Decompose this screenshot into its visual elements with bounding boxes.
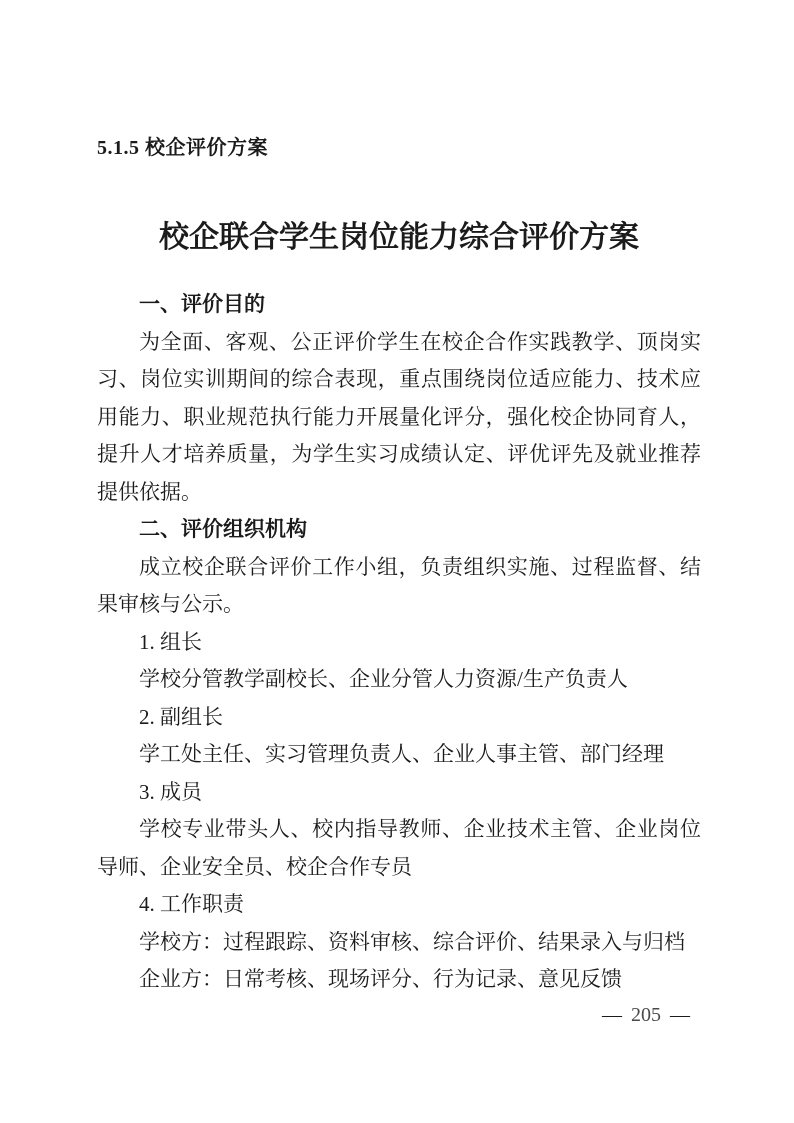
section-heading-purpose: 一、评价目的	[97, 286, 701, 324]
item-deputy-leader-members: 学工处主任、实习管理负责人、企业人事主管、部门经理	[97, 736, 701, 774]
footer-dash-left: —	[602, 1004, 622, 1026]
document-title: 校企联合学生岗位能力综合评价方案	[97, 218, 701, 258]
footer-dash-right: —	[670, 1004, 690, 1026]
section-heading-organization: 二、评价组织机构	[97, 511, 701, 549]
para-org-intro: 成立校企联合评价工作小组，负责组织实施、过程监督、结果审核与公示。	[97, 549, 701, 624]
section-number-heading: 5.1.5 校企评价方案	[97, 135, 701, 161]
item-members-label: 3. 成员	[97, 774, 701, 812]
document-page: 5.1.5 校企评价方案 校企联合学生岗位能力综合评价方案 一、评价目的 为全面…	[0, 0, 794, 1123]
item-duties-enterprise: 企业方：日常考核、现场评分、行为记录、意见反馈	[97, 961, 701, 999]
page-number: 205	[631, 1004, 661, 1026]
page-footer: —205—	[602, 1001, 690, 1029]
item-members-list: 学校专业带头人、校内指导教师、企业技术主管、企业岗位导师、企业安全员、校企合作专…	[97, 811, 701, 886]
item-leader-label: 1. 组长	[97, 624, 701, 662]
para-objective: 为全面、客观、公正评价学生在校企合作实践教学、顶岗实习、岗位实训期间的综合表现，…	[97, 324, 701, 512]
item-duties-school: 学校方：过程跟踪、资料审核、综合评价、结果录入与归档	[97, 924, 701, 962]
document-content: 5.1.5 校企评价方案 校企联合学生岗位能力综合评价方案 一、评价目的 为全面…	[97, 135, 701, 999]
item-leader-members: 学校分管教学副校长、企业分管人力资源/生产负责人	[97, 661, 701, 699]
item-duties-label: 4. 工作职责	[97, 886, 701, 924]
item-deputy-leader-label: 2. 副组长	[97, 699, 701, 737]
